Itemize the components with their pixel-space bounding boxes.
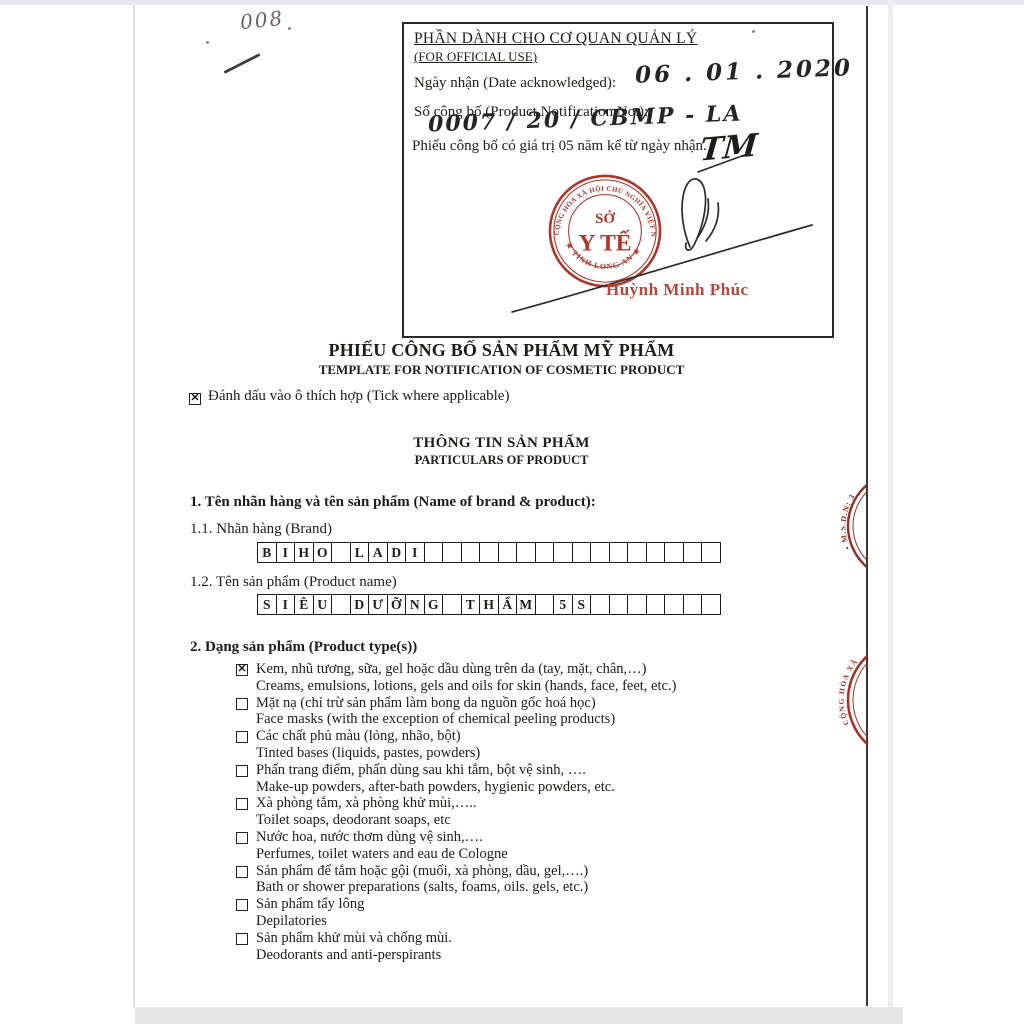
letter-cell	[664, 594, 684, 615]
section2-heading: 2. Dạng sản phẩm (Product type(s))	[190, 639, 417, 656]
item-text-vi: Sản phẩm để tắm hoặc gội (muối, xà phòng…	[256, 863, 588, 880]
checkbox-unchecked	[236, 798, 248, 810]
product-info-heading-en: PARTICULARS OF PRODUCT	[136, 453, 867, 468]
letter-cell: Ẩ	[498, 594, 518, 615]
letter-cell	[683, 594, 703, 615]
checkbox-unchecked	[236, 731, 248, 743]
checkbox-unchecked	[236, 933, 248, 945]
ink-dot	[206, 41, 209, 44]
letter-cell: S	[572, 594, 592, 615]
letter-cell: I	[405, 542, 425, 563]
signer-name: Huỳnh Minh Phúc	[606, 280, 749, 300]
checkbox-unchecked	[236, 698, 248, 710]
letter-cell	[479, 542, 499, 563]
side-stamp-lower: CỘNG HÒA XÃ Y	[836, 641, 867, 761]
item-text-vi: Xà phòng tắm, xà phòng khử mùi,…..	[256, 795, 477, 812]
checkbox-checked: ✕	[189, 393, 201, 405]
page-edge-right	[866, 6, 868, 1006]
letter-cell: 5	[553, 594, 573, 615]
form-title-vi: PHIẾU CÔNG BỐ SẢN PHẨM MỸ PHẨM	[136, 340, 867, 361]
letter-cell	[646, 594, 666, 615]
tick-instruction-text: Đánh dấu vào ô thích hợp (Tick where app…	[208, 388, 509, 404]
letter-cell	[572, 542, 592, 563]
form-title-en: TEMPLATE FOR NOTIFICATION OF COSMETIC PR…	[136, 362, 867, 378]
letter-cell	[331, 542, 351, 563]
page-edge-left	[133, 5, 135, 1008]
letter-cell: I	[276, 542, 296, 563]
letter-cell: G	[424, 594, 444, 615]
letter-cell: Ê	[294, 594, 314, 615]
letter-cell: Ư	[368, 594, 388, 615]
item-text-vi: Nước hoa, nước thơm dùng vệ sinh,….	[256, 829, 508, 846]
checkbox-unchecked	[236, 832, 248, 844]
letter-cell	[331, 594, 351, 615]
letter-cell	[701, 542, 721, 563]
letter-cell	[664, 542, 684, 563]
letter-cell: I	[276, 594, 296, 615]
item-text-vi: Kem, nhũ tương, sữa, gel hoặc dầu dùng t…	[256, 661, 676, 678]
ink-dot	[288, 27, 291, 30]
letter-cell	[553, 542, 573, 563]
item-text-en: Toilet soaps, deodorant soaps, etc	[256, 812, 477, 829]
handwritten-page-number: 008	[239, 6, 285, 34]
letter-cell	[627, 594, 647, 615]
pen-slash-mark	[223, 53, 260, 74]
letter-cell	[535, 594, 555, 615]
section1-heading: 1. Tên nhãn hàng và tên sản phẩm (Name o…	[190, 494, 596, 511]
letter-cell: M	[516, 594, 536, 615]
item-text-en: Bath or shower preparations (salts, foam…	[256, 879, 588, 896]
product-type-item: Sản phẩm để tắm hoặc gội (muối, xà phòng…	[236, 863, 816, 897]
item-text-en: Creams, emulsions, lotions, gels and oil…	[256, 678, 676, 695]
product-letter-grid: SIÊUDƯỠNGTHẨM5S	[257, 594, 720, 615]
letter-cell	[424, 542, 444, 563]
tick-instruction-row: ✕Đánh dấu vào ô thích hợp (Tick where ap…	[189, 388, 509, 405]
brand-letter-grid: BIHOLADI	[257, 542, 720, 563]
letter-cell: A	[368, 542, 388, 563]
item-text-vi: Phấn trang điểm, phấn dùng sau khi tắm, …	[256, 762, 615, 779]
item-text-en: Perfumes, toilet waters and eau de Colog…	[256, 846, 508, 863]
photo-edge-top	[0, 0, 1024, 5]
letter-cell: D	[350, 594, 370, 615]
official-heading-vi: PHẦN DÀNH CHO CƠ QUAN QUẢN LÝ	[414, 30, 822, 48]
letter-cell	[516, 542, 536, 563]
letter-cell	[646, 542, 666, 563]
item-text-en: Tinted bases (liquids, pastes, powders)	[256, 745, 480, 762]
letter-cell	[609, 594, 629, 615]
product-type-item: Nước hoa, nước thơm dùng vệ sinh,….Perfu…	[236, 829, 816, 863]
product-type-item: Sản phẩm tẩy lôngDepilatories	[236, 896, 816, 930]
photo-edge-right	[888, 0, 893, 1024]
letter-cell	[498, 542, 518, 563]
letter-cell	[701, 594, 721, 615]
letter-cell: S	[257, 594, 277, 615]
item-text-en: Make-up powders, after-bath powders, hyg…	[256, 779, 615, 796]
product-type-list: ✕Kem, nhũ tương, sữa, gel hoặc dầu dùng …	[236, 661, 816, 963]
signature-icon	[400, 95, 840, 345]
product-info-heading-vi: THÔNG TIN SẢN PHẨM	[136, 435, 867, 452]
product-type-item: ✕Kem, nhũ tương, sữa, gel hoặc dầu dùng …	[236, 661, 816, 695]
letter-cell	[442, 542, 462, 563]
letter-cell: T	[461, 594, 481, 615]
letter-cell: U	[313, 594, 333, 615]
letter-cell: Ỡ	[387, 594, 407, 615]
letter-cell: B	[257, 542, 277, 563]
brand-label: 1.1. Nhãn hàng (Brand)	[190, 521, 332, 538]
item-text-vi: Mặt nạ (chỉ trừ sản phẩm làm bong da ngu…	[256, 695, 615, 712]
letter-cell	[590, 542, 610, 563]
product-name-label: 1.2. Tên sản phẩm (Product name)	[190, 574, 397, 591]
photo-edge-bottom	[135, 1007, 903, 1024]
letter-cell	[609, 542, 629, 563]
checkbox-unchecked	[236, 866, 248, 878]
letter-cell: D	[387, 542, 407, 563]
checkbox-unchecked	[236, 765, 248, 777]
checkbox-unchecked	[236, 899, 248, 911]
letter-cell	[442, 594, 462, 615]
letter-cell	[683, 542, 703, 563]
letter-cell: O	[313, 542, 333, 563]
product-type-item: Xà phòng tắm, xà phòng khử mùi,…..Toilet…	[236, 795, 816, 829]
item-text-en: Face masks (with the exception of chemic…	[256, 711, 615, 728]
product-type-item: Phấn trang điểm, phấn dùng sau khi tắm, …	[236, 762, 816, 796]
checkbox-checked: ✕	[236, 664, 248, 676]
letter-cell	[535, 542, 555, 563]
letter-cell: L	[350, 542, 370, 563]
letter-cell: N	[405, 594, 425, 615]
item-text-vi: Sản phẩm tẩy lông	[256, 896, 364, 913]
side-stamp-upper: • M.S.D.N: 3 TƯ	[841, 464, 866, 588]
letter-cell	[461, 542, 481, 563]
item-text-vi: Các chất phủ màu (lỏng, nhão, bột)	[256, 728, 480, 745]
product-type-item: Các chất phủ màu (lỏng, nhão, bột)Tinted…	[236, 728, 816, 762]
item-text-en: Deodorants and anti-perspirants	[256, 947, 452, 964]
letter-cell	[627, 542, 647, 563]
letter-cell: H	[294, 542, 314, 563]
item-text-vi: Sản phẩm khử mùi và chống mùi.	[256, 930, 452, 947]
product-type-item: Mặt nạ (chỉ trừ sản phẩm làm bong da ngu…	[236, 695, 816, 729]
letter-cell	[590, 594, 610, 615]
product-type-item: Sản phẩm khử mùi và chống mùi.Deodorants…	[236, 930, 816, 964]
item-text-en: Depilatories	[256, 913, 364, 930]
letter-cell: H	[479, 594, 499, 615]
